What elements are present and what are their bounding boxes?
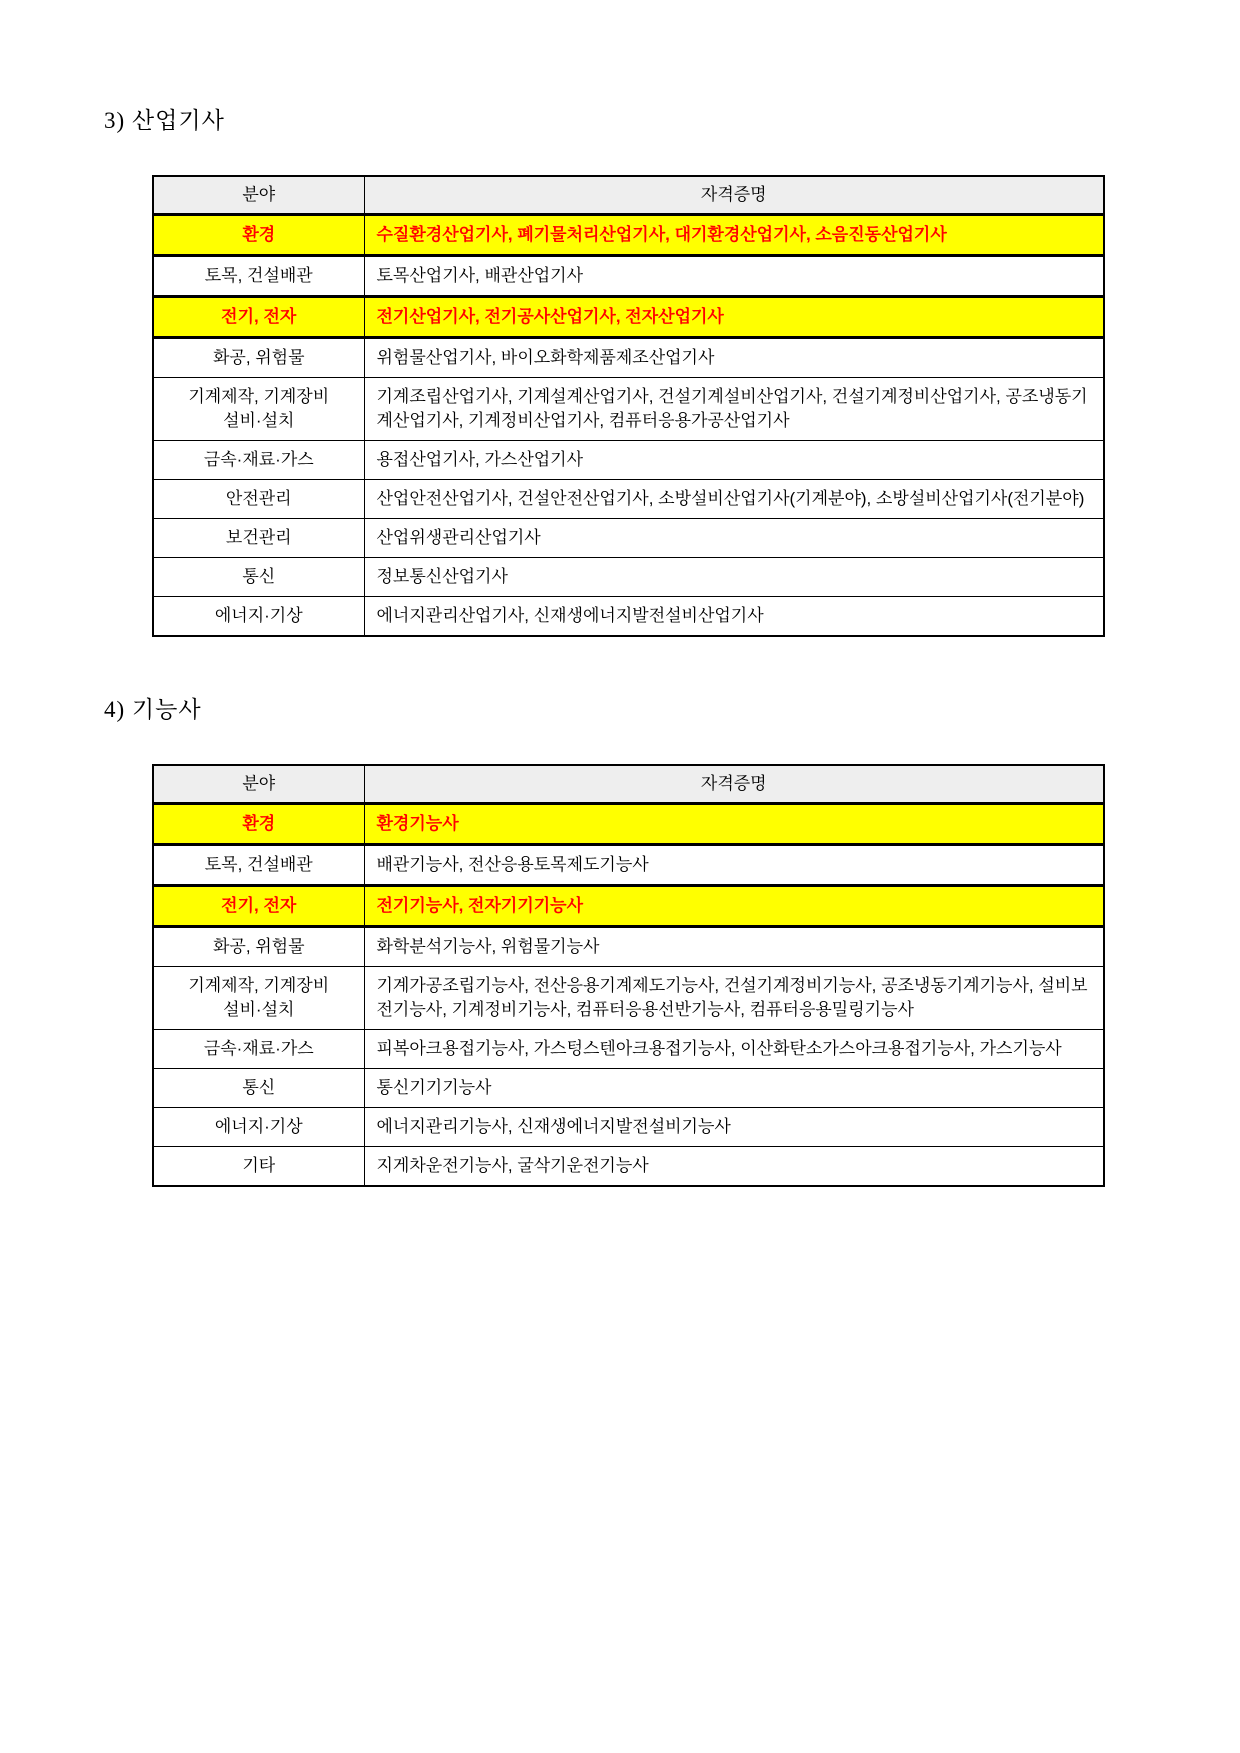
cert-table-industrial-engineer: 분야 자격증명 환경 수질환경산업기사, 폐기물처리산업기사, 대기환경산업기사…	[152, 175, 1105, 637]
field-cell: 기계제작, 기계장비 설비·설치	[153, 378, 364, 441]
field-cell: 금속·재료·가스	[153, 441, 364, 480]
table-row: 에너지·기상 에너지관리기능사, 신재생에너지발전설비기능사	[153, 1108, 1104, 1147]
field-cell: 금속·재료·가스	[153, 1030, 364, 1069]
certs-cell: 위험물산업기사, 바이오화학제품제조산업기사	[364, 338, 1104, 378]
table-row: 금속·재료·가스 피복아크용접기능사, 가스텅스텐아크용접기능사, 이산화탄소가…	[153, 1030, 1104, 1069]
table-row: 금속·재료·가스 용접산업기사, 가스산업기사	[153, 441, 1104, 480]
field-cell: 전기, 전자	[153, 886, 364, 927]
field-cell: 환경	[153, 804, 364, 845]
certs-cell: 에너지관리산업기사, 신재생에너지발전설비산업기사	[364, 597, 1104, 637]
field-cell: 환경	[153, 215, 364, 256]
field-cell: 기계제작, 기계장비 설비·설치	[153, 967, 364, 1030]
certs-cell: 통신기기기능사	[364, 1069, 1104, 1108]
certs-cell: 화학분석기능사, 위험물기능사	[364, 927, 1104, 967]
table-row: 안전관리 산업안전산업기사, 건설안전산업기사, 소방설비산업기사(기계분야),…	[153, 480, 1104, 519]
table-row: 전기, 전자 전기산업기사, 전기공사산업기사, 전자산업기사	[153, 297, 1104, 338]
certs-cell: 환경기능사	[364, 804, 1104, 845]
field-cell: 토목, 건설배관	[153, 845, 364, 886]
column-header-field: 분야	[153, 765, 364, 804]
certs-cell: 정보통신산업기사	[364, 558, 1104, 597]
certs-cell: 에너지관리기능사, 신재생에너지발전설비기능사	[364, 1108, 1104, 1147]
column-header-field: 분야	[153, 176, 364, 215]
table-row: 토목, 건설배관 토목산업기사, 배관산업기사	[153, 256, 1104, 297]
table-header-row: 분야 자격증명	[153, 176, 1104, 215]
column-header-certs: 자격증명	[364, 765, 1104, 804]
field-cell: 에너지·기상	[153, 597, 364, 637]
table-row: 전기, 전자 전기기능사, 전자기기기능사	[153, 886, 1104, 927]
certs-cell: 전기산업기사, 전기공사산업기사, 전자산업기사	[364, 297, 1104, 338]
cert-table-craftsman: 분야 자격증명 환경 환경기능사 토목, 건설배관 배관기능사, 전산응용토목제…	[152, 764, 1105, 1187]
field-cell: 화공, 위험물	[153, 927, 364, 967]
certs-cell: 지게차운전기능사, 굴삭기운전기능사	[364, 1147, 1104, 1187]
field-cell: 통신	[153, 1069, 364, 1108]
certs-cell: 산업안전산업기사, 건설안전산업기사, 소방설비산업기사(기계분야), 소방설비…	[364, 480, 1104, 519]
column-header-certs: 자격증명	[364, 176, 1104, 215]
section-craftsman: 4) 기능사 분야 자격증명 환경 환경기능사 토목, 건설배관 배관기능사, …	[104, 691, 1170, 1187]
section-industrial-engineer: 3) 산업기사 분야 자격증명 환경 수질환경산업기사, 폐기물처리산업기사, …	[104, 102, 1170, 637]
field-cell: 토목, 건설배관	[153, 256, 364, 297]
field-cell: 통신	[153, 558, 364, 597]
certs-cell: 기계조립산업기사, 기계설계산업기사, 건설기계설비산업기사, 건설기계정비산업…	[364, 378, 1104, 441]
table-row: 기타 지게차운전기능사, 굴삭기운전기능사	[153, 1147, 1104, 1187]
table-row: 화공, 위험물 화학분석기능사, 위험물기능사	[153, 927, 1104, 967]
table-row: 토목, 건설배관 배관기능사, 전산응용토목제도기능사	[153, 845, 1104, 886]
certs-cell: 토목산업기사, 배관산업기사	[364, 256, 1104, 297]
section-heading-craftsman: 4) 기능사	[104, 691, 1170, 724]
table-row: 통신 정보통신산업기사	[153, 558, 1104, 597]
table-row: 기계제작, 기계장비 설비·설치 기계가공조립기능사, 전산응용기계제도기능사,…	[153, 967, 1104, 1030]
certs-cell: 전기기능사, 전자기기기능사	[364, 886, 1104, 927]
certs-cell: 용접산업기사, 가스산업기사	[364, 441, 1104, 480]
field-cell: 전기, 전자	[153, 297, 364, 338]
certs-cell: 수질환경산업기사, 폐기물처리산업기사, 대기환경산업기사, 소음진동산업기사	[364, 215, 1104, 256]
table-row: 통신 통신기기기능사	[153, 1069, 1104, 1108]
table-header-row: 분야 자격증명	[153, 765, 1104, 804]
table-row: 기계제작, 기계장비 설비·설치 기계조립산업기사, 기계설계산업기사, 건설기…	[153, 378, 1104, 441]
certs-cell: 배관기능사, 전산응용토목제도기능사	[364, 845, 1104, 886]
field-cell: 에너지·기상	[153, 1108, 364, 1147]
field-cell: 보건관리	[153, 519, 364, 558]
field-cell: 기타	[153, 1147, 364, 1187]
certs-cell: 산업위생관리산업기사	[364, 519, 1104, 558]
certs-cell: 피복아크용접기능사, 가스텅스텐아크용접기능사, 이산화탄소가스아크용접기능사,…	[364, 1030, 1104, 1069]
field-cell: 화공, 위험물	[153, 338, 364, 378]
table-row: 환경 환경기능사	[153, 804, 1104, 845]
document-page: 3) 산업기사 분야 자격증명 환경 수질환경산업기사, 폐기물처리산업기사, …	[0, 0, 1240, 1753]
table-row: 환경 수질환경산업기사, 폐기물처리산업기사, 대기환경산업기사, 소음진동산업…	[153, 215, 1104, 256]
certs-cell: 기계가공조립기능사, 전산응용기계제도기능사, 건설기계정비기능사, 공조냉동기…	[364, 967, 1104, 1030]
table-row: 화공, 위험물 위험물산업기사, 바이오화학제품제조산업기사	[153, 338, 1104, 378]
table-row: 보건관리 산업위생관리산업기사	[153, 519, 1104, 558]
field-cell: 안전관리	[153, 480, 364, 519]
table-row: 에너지·기상 에너지관리산업기사, 신재생에너지발전설비산업기사	[153, 597, 1104, 637]
section-heading-industrial-engineer: 3) 산업기사	[104, 102, 1170, 135]
